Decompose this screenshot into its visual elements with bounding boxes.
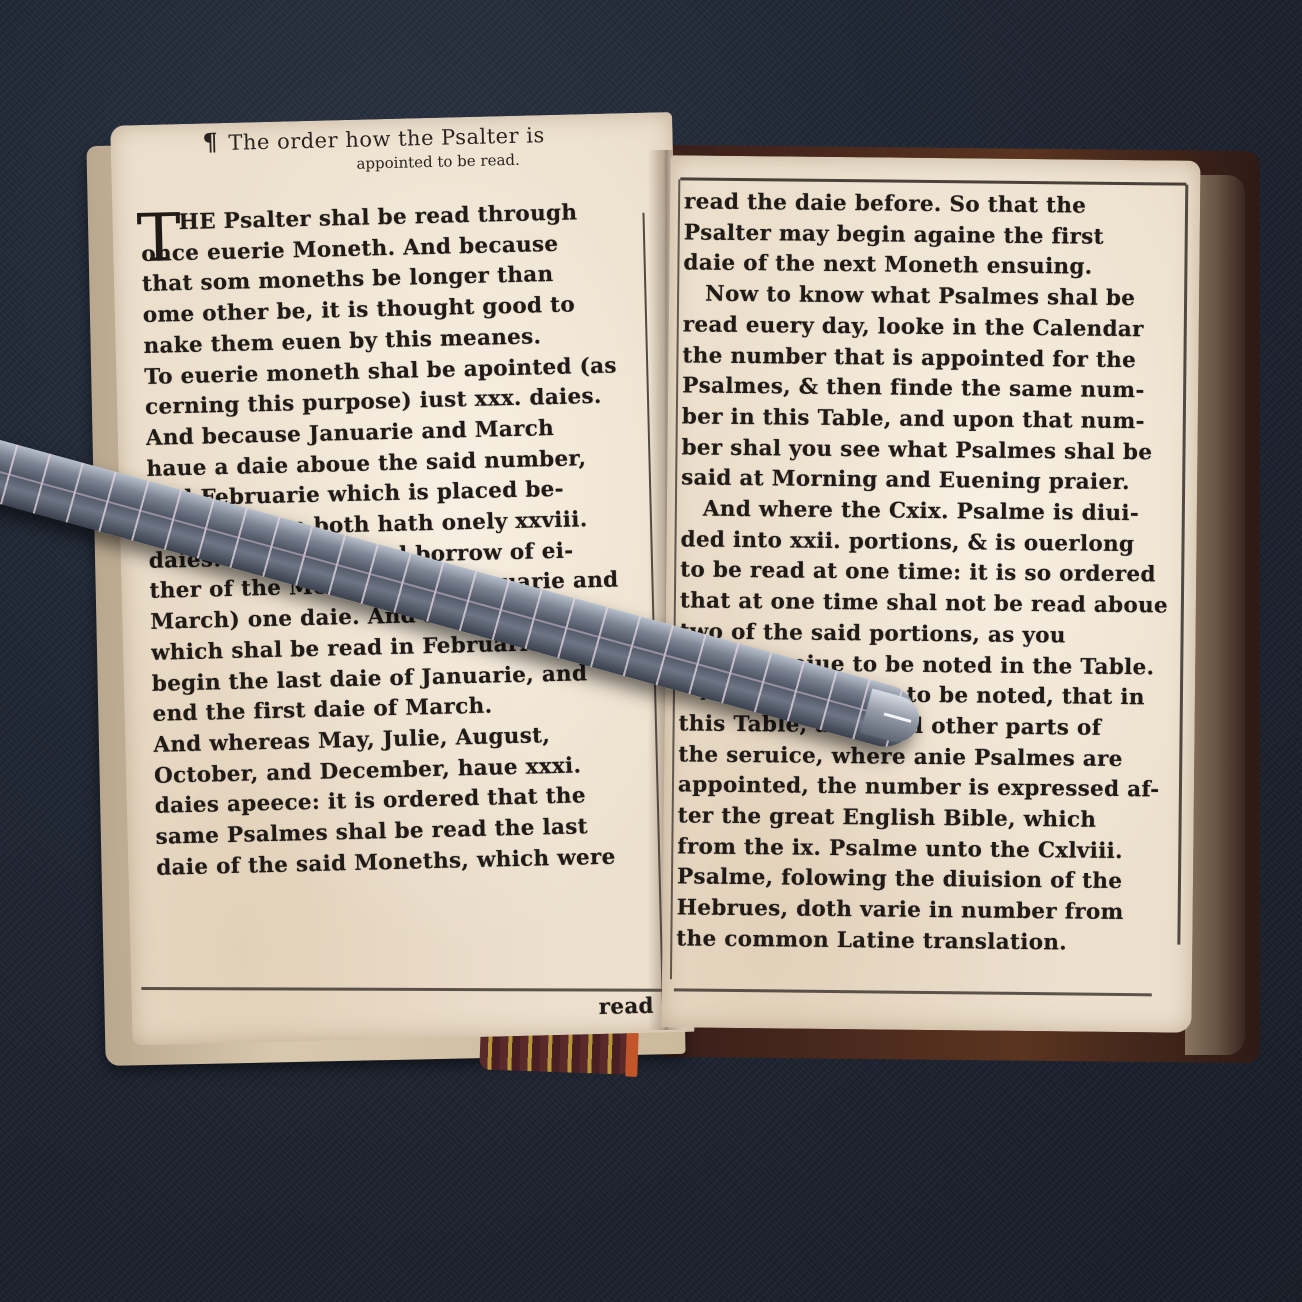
text-line: read the daie before. So that the <box>684 187 1196 223</box>
text-line: that at one time shal not be read aboue <box>680 587 1192 623</box>
right-page: read the daie before. So that thePsalter… <box>661 155 1200 1033</box>
right-page-text: read the daie before. So that thePsalter… <box>676 187 1196 960</box>
right-page-rule-top <box>680 177 1186 185</box>
left-page-rule-bottom <box>141 987 663 992</box>
page-heading: ¶The order how the Psalter is appointed … <box>202 117 643 177</box>
text-line: this Table, and in al other parts of <box>678 709 1190 745</box>
text-line: ber in this Table, and upon that num- <box>682 402 1194 438</box>
text-line: ter the great English Bible, which <box>677 801 1189 837</box>
text-line: read euery day, looke in the Calendar <box>683 310 1195 346</box>
catchword: read <box>598 992 654 1024</box>
heading-line-1: The order how the Psalter is <box>228 123 545 155</box>
text-line: the common Latine translation. <box>676 924 1188 960</box>
pilcrow-icon: ¶ <box>202 127 218 156</box>
text-line: Now to know what Psalmes shal be <box>683 279 1195 315</box>
text-line: And where the Cxix. Psalme is diui- <box>681 494 1193 530</box>
right-page-rule-bottom <box>674 988 1152 996</box>
